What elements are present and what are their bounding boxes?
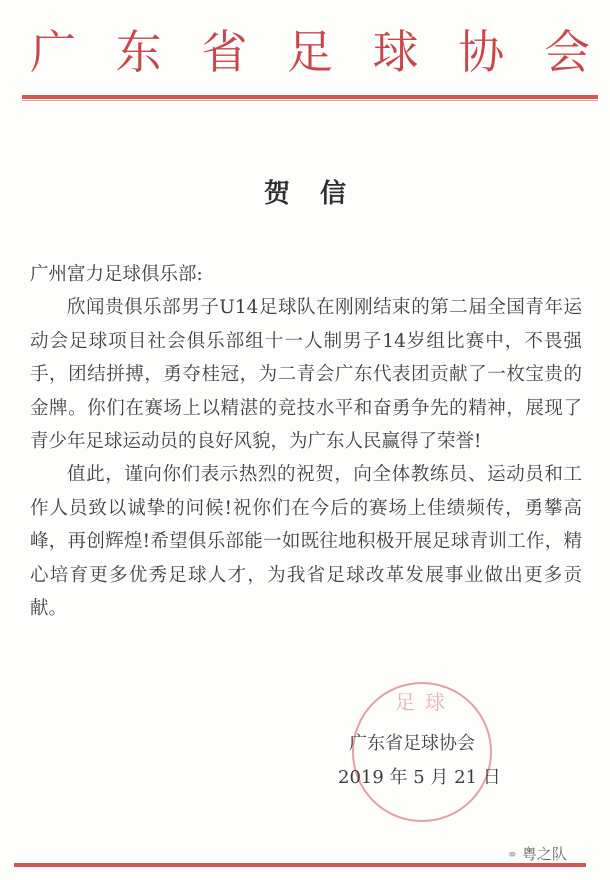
document-title: 贺信 [0, 173, 610, 210]
signature-date: 2019 年 5 月 21 日 [338, 763, 501, 789]
letterhead-char: 省 [201, 22, 247, 82]
letterhead-char: 足 [287, 22, 333, 82]
watermark: ⚭粤之队 [507, 843, 567, 864]
watermark-label: 粤之队 [522, 845, 567, 863]
letter-body: 广州富力足球俱乐部: 欣闻贵俱乐部男子U14足球队在刚刚结束的第二届全国青年运动… [30, 258, 582, 625]
wechat-icon: ⚭ [507, 848, 518, 863]
signature-org: 广东省足球协会 [349, 729, 475, 755]
salutation: 广州富力足球俱乐部: [30, 258, 582, 291]
letterhead-char: 会 [544, 22, 590, 82]
paragraph: 欣闻贵俱乐部男子U14足球队在刚刚结束的第二届全国青年运动会足球项目社会俱乐部组… [30, 291, 582, 458]
letterhead-char: 东 [116, 22, 162, 82]
letterhead-org-name: 广 东 省 足 球 协 会 [30, 22, 590, 82]
letterhead-divider-thin [22, 100, 598, 101]
letterhead-char: 广 [30, 22, 76, 82]
footer-divider [14, 863, 586, 867]
letterhead-char: 球 [373, 22, 419, 82]
letterhead-char: 协 [458, 22, 504, 82]
paragraph: 值此，谨向你们表示热烈的祝贺，向全体教练员、运动员和工作人员致以诚挚的问候!祝你… [30, 458, 582, 625]
letterhead-divider [22, 95, 598, 99]
official-seal-text: 足球 [395, 686, 455, 715]
